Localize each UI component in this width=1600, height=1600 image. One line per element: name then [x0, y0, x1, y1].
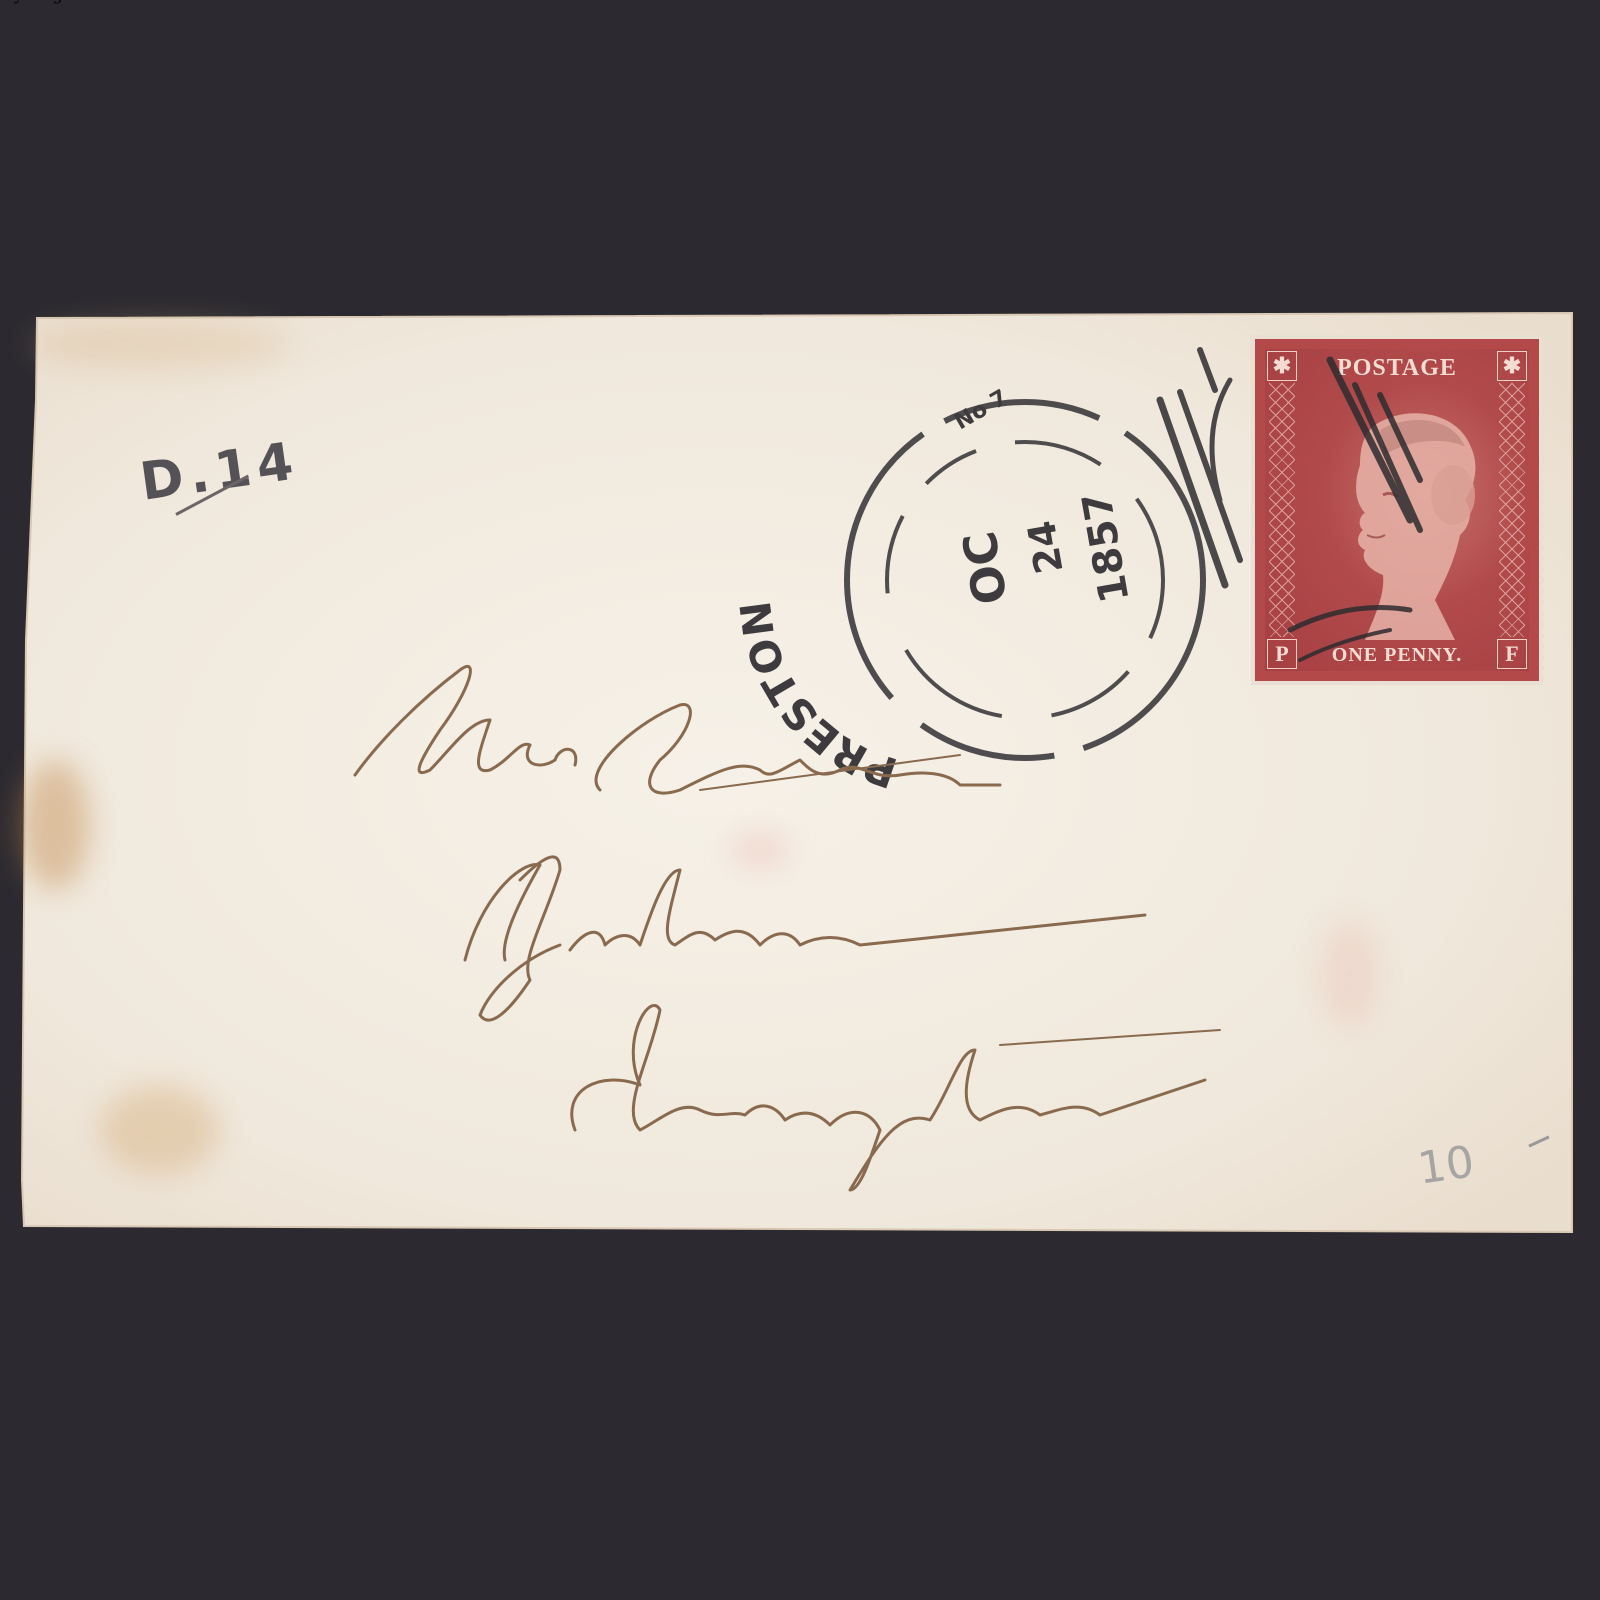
address-line-3: Accrington	[0, 0, 89, 4]
handwritten-address: Miss Steiner Hyndburn Accrington	[0, 0, 1600, 1600]
envelope: D.14 10 ✱ ✱ P F POSTAGE ONE PENNY.	[0, 0, 1600, 1600]
